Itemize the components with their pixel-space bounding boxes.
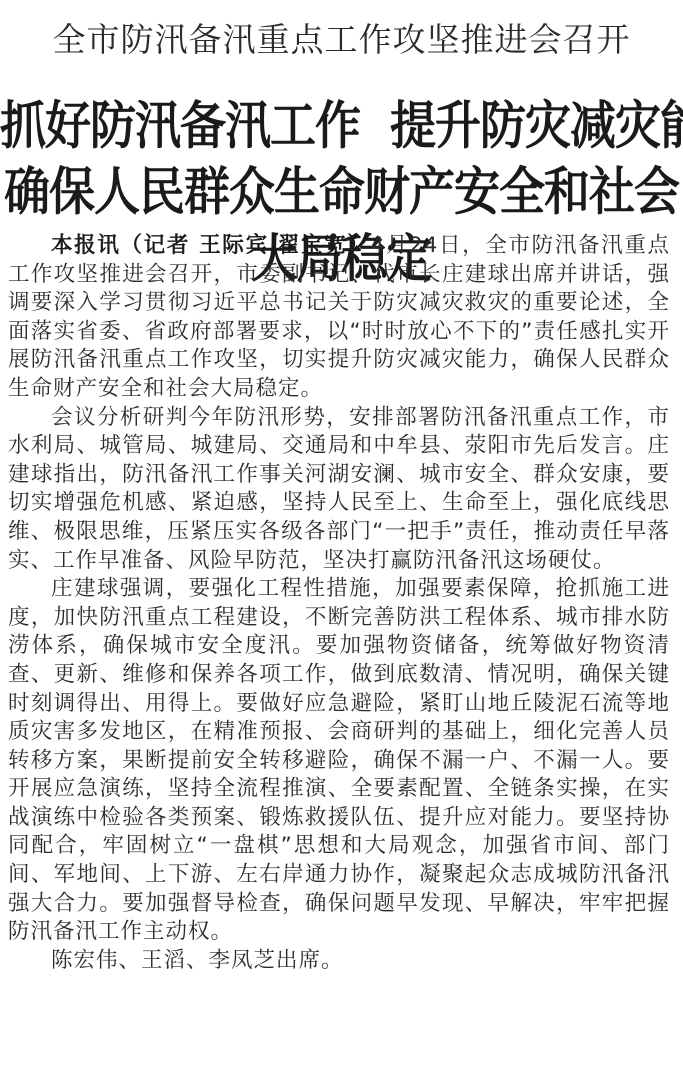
- paragraph-4: 陈宏伟、王滔、李凤芝出席。: [8, 947, 670, 976]
- article-body: 本报讯（记者 王际宾 翟宝宽）4月24日，全市防汛备汛重点工作攻坚推进会召开，市…: [8, 232, 670, 975]
- paragraph-3: 庄建球强调，要强化工程性措施，加强要素保障，抢抓施工进度，加快防汛重点工程建设，…: [8, 575, 670, 947]
- paragraph-2: 会议分析研判今年防汛形势，安排部署防汛备汛重点工作，市水利局、城管局、城建局、交…: [8, 404, 670, 576]
- headline-line-1: 抓好防汛备汛工作 提升防灾减灾能力: [0, 92, 683, 159]
- byline-lead: 本报讯（记者 王际宾 翟宝宽）: [51, 233, 370, 258]
- paragraph-1: 本报讯（记者 王际宾 翟宝宽）4月24日，全市防汛备汛重点工作攻坚推进会召开，市…: [8, 232, 670, 404]
- article-kicker: 全市防汛备汛重点工作攻坚推进会召开: [0, 18, 683, 62]
- paragraph-1-text: 4月24日，全市防汛备汛重点工作攻坚推进会召开，市委副书记、代市长庄建球出席并讲…: [8, 233, 670, 401]
